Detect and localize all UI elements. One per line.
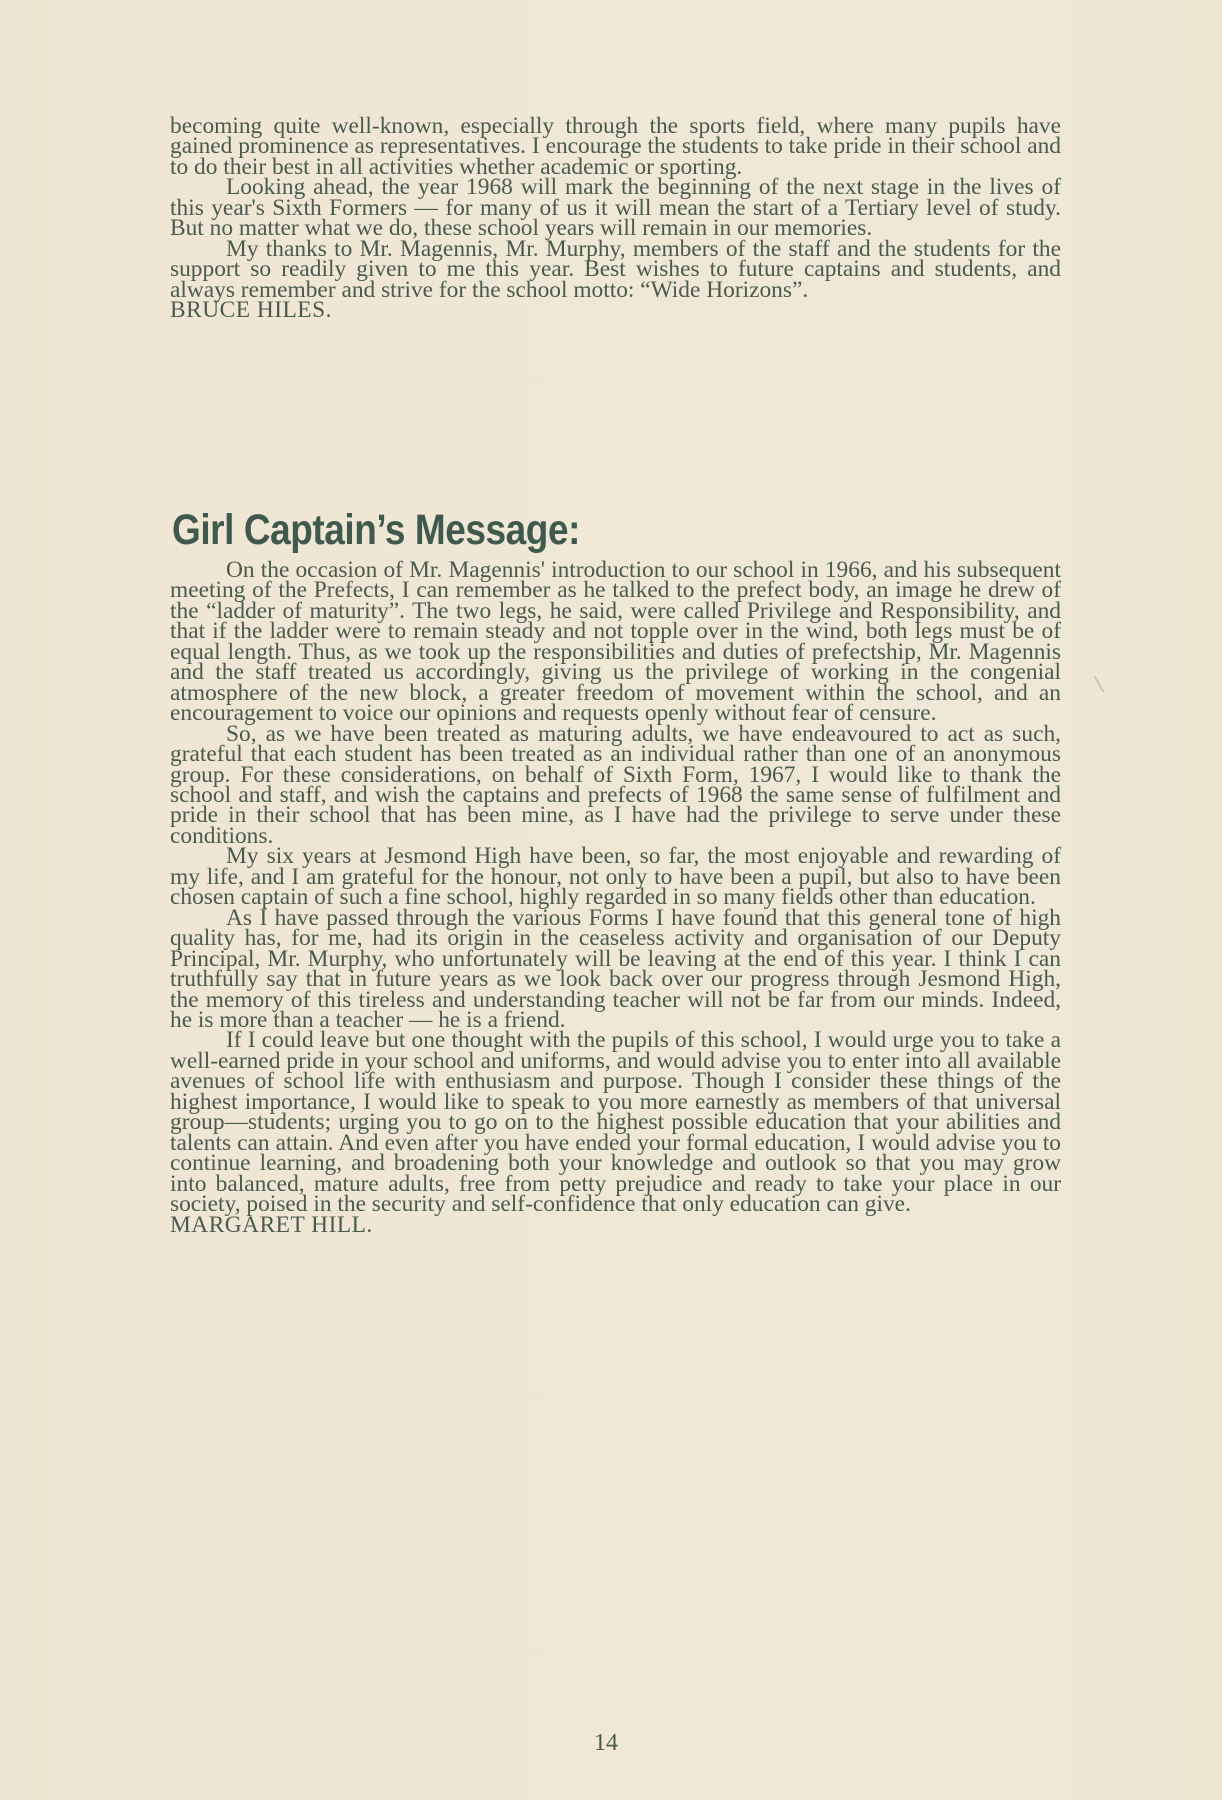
paragraph: My thanks to Mr. Magennis, Mr. Murphy, m… (170, 239, 1061, 300)
paragraph: As I have passed through the various For… (170, 908, 1061, 1031)
page-number: 14 (0, 1730, 1222, 1757)
paragraph: Looking ahead, the year 1968 will mark t… (170, 177, 1061, 238)
paragraph: becoming quite well-known, especially th… (170, 116, 1061, 177)
girl-captain-message: On the occasion of Mr. Magennis' introdu… (170, 560, 1061, 1235)
boy-captain-message-continuation: becoming quite well-known, especially th… (170, 116, 1061, 321)
section-heading-girl-captain: Girl Captain’s Message: (172, 507, 580, 553)
paragraph: On the occasion of Mr. Magennis' introdu… (170, 560, 1061, 724)
paper-mark (1094, 676, 1105, 693)
document-page: becoming quite well-known, especially th… (0, 0, 1222, 1800)
signature-margaret-hill: MARGARET HILL. (170, 1215, 1061, 1235)
paragraph: If I could leave but one thought with th… (170, 1030, 1061, 1214)
paragraph: So, as we have been treated as maturing … (170, 724, 1061, 847)
signature-bruce-hiles: BRUCE HILES. (170, 300, 1061, 320)
paragraph: My six years at Jesmond High have been, … (170, 846, 1061, 907)
